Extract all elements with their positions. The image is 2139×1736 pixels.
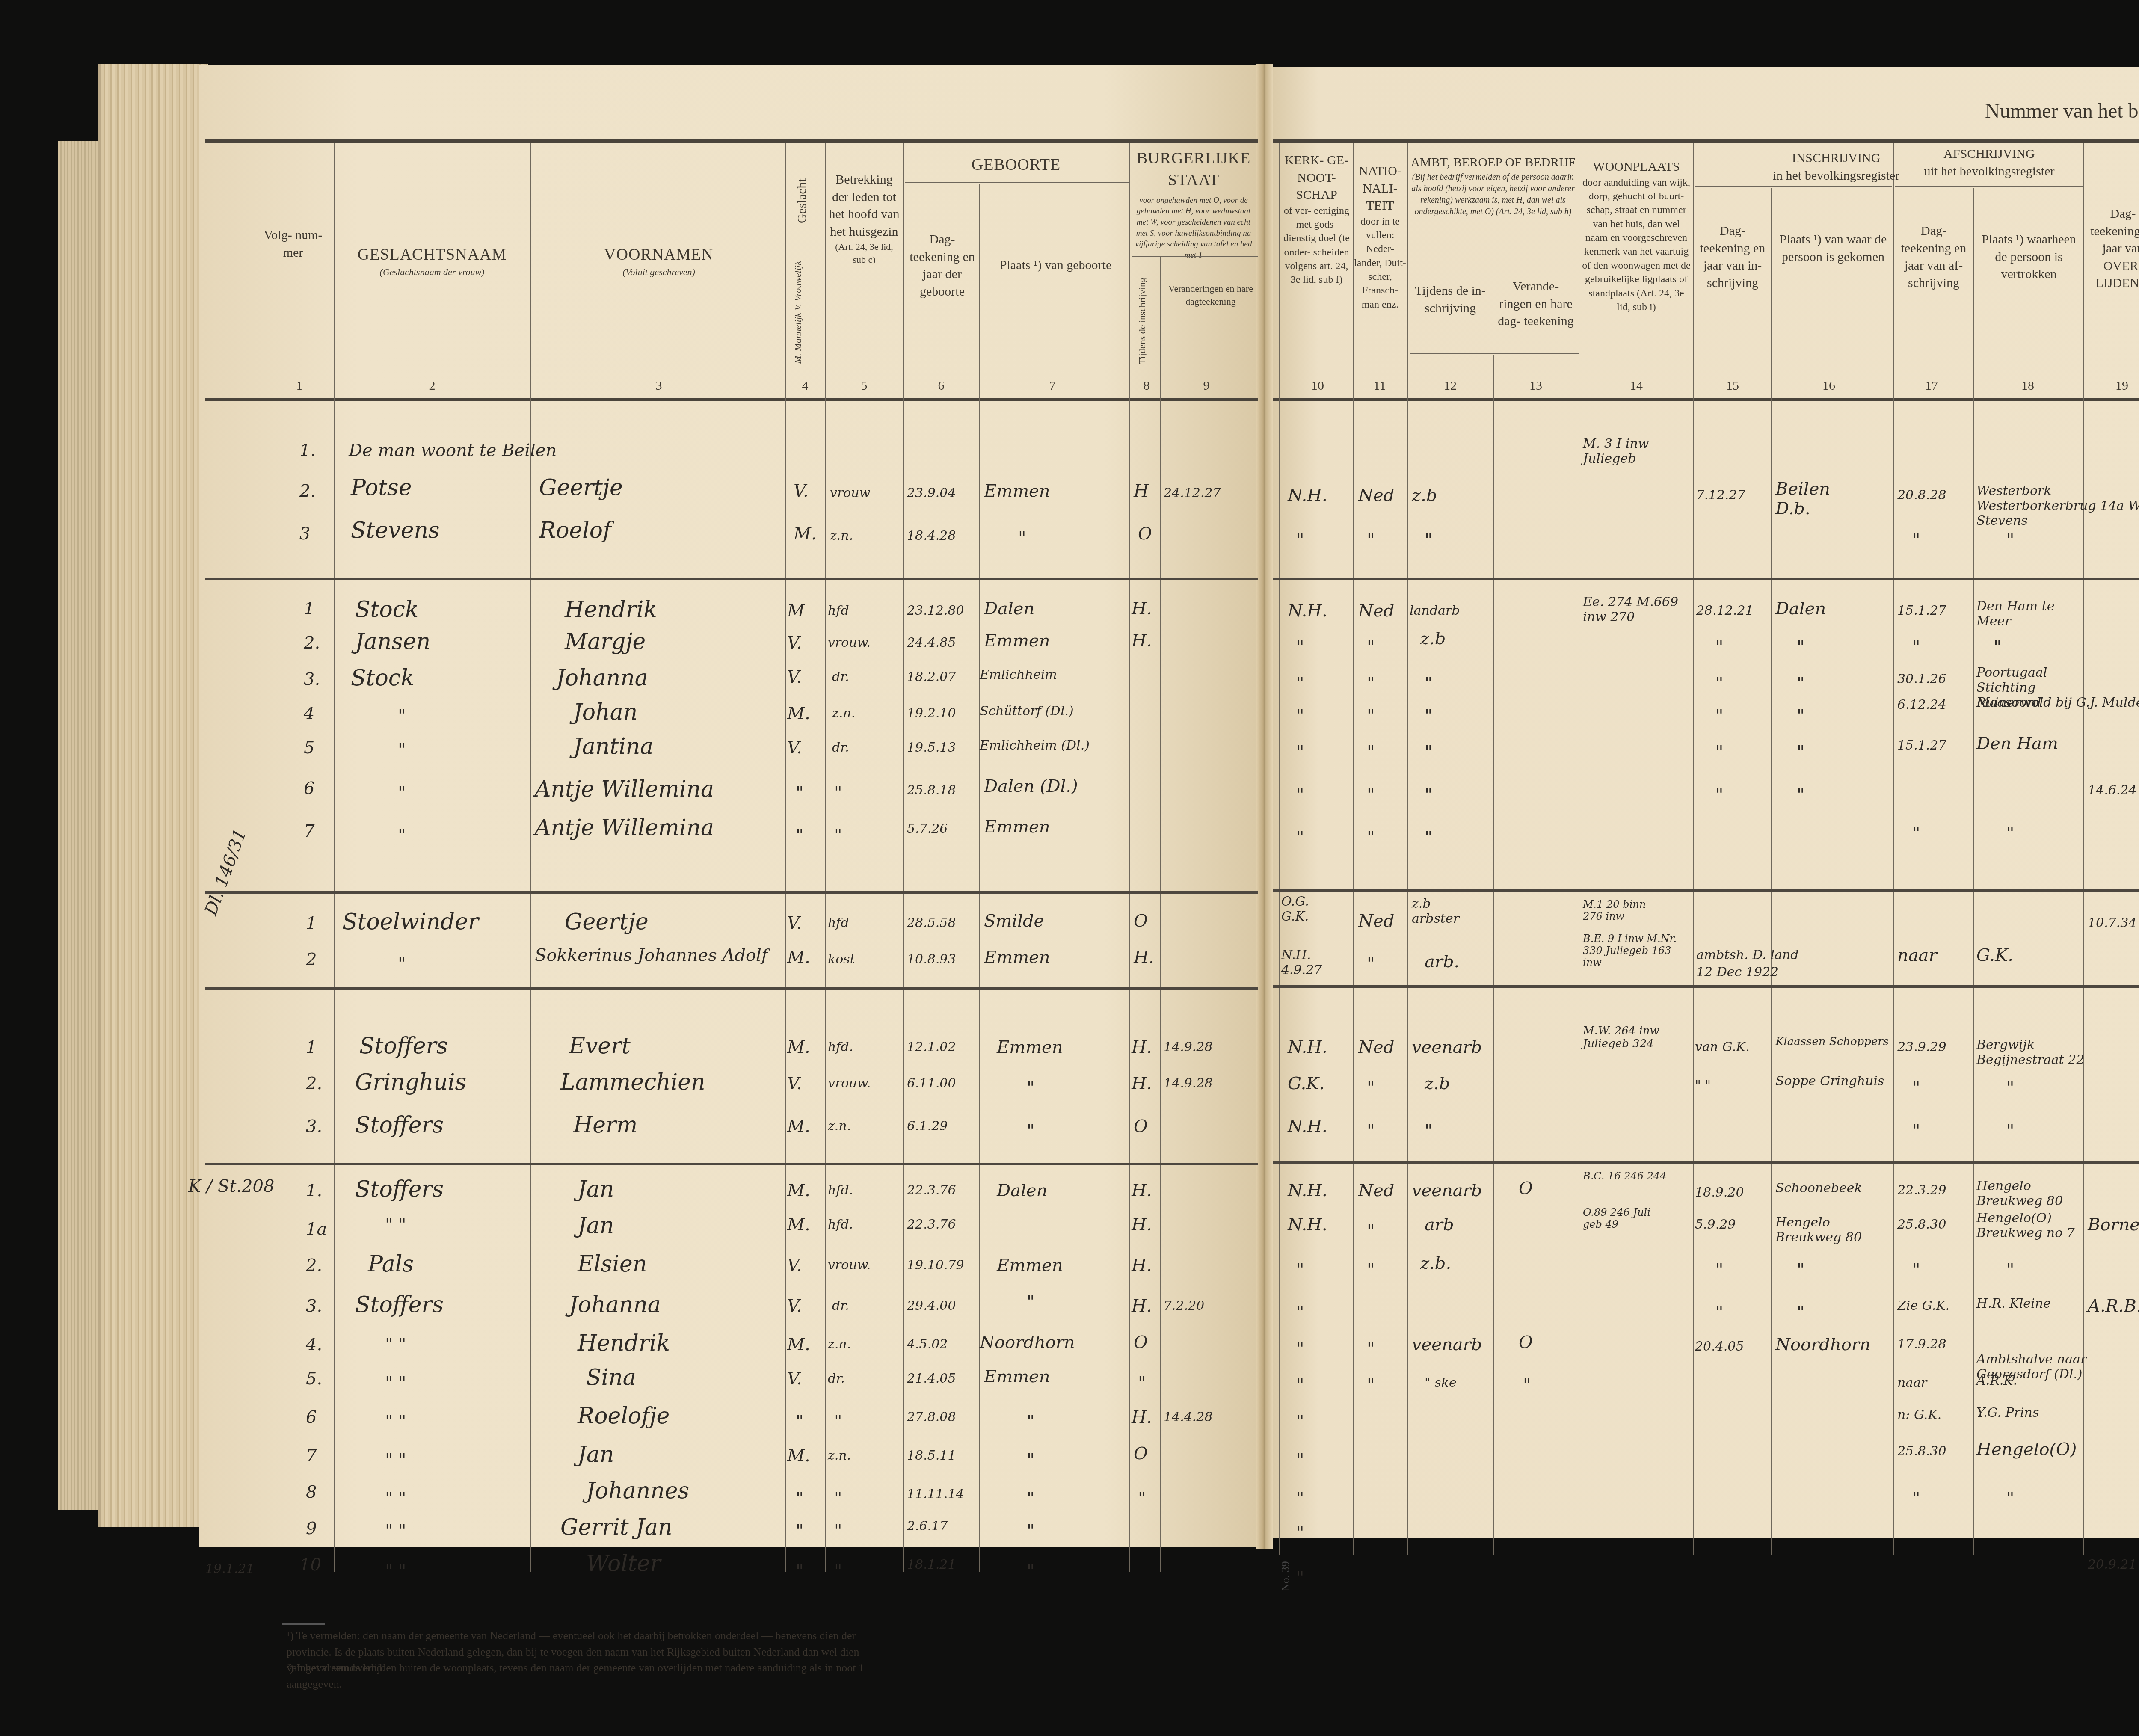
row-nr: 1 (306, 1037, 317, 1057)
surname: " (398, 706, 406, 726)
col-number: 15 (1722, 379, 1743, 393)
registration-date: 28.12.21 (1696, 603, 1754, 618)
address: M. 3 I inw Juliegeb (1583, 436, 1668, 466)
deregistration-to: Y.G. Prins (1976, 1405, 2039, 1420)
nationality: " (1367, 1078, 1375, 1098)
col-number: 2 (424, 379, 441, 393)
church: " (1296, 674, 1304, 693)
birth-place: Noordhorn (980, 1333, 1075, 1352)
left-page (199, 65, 1264, 1547)
group-rule (1695, 186, 1892, 187)
nationality: " (1367, 674, 1375, 693)
row-nr: 5 (304, 738, 314, 758)
relation: z.n. (832, 706, 855, 721)
row-nr: 4. (306, 1335, 322, 1354)
surname: " (398, 740, 406, 760)
sex: " (796, 1561, 803, 1581)
registration-from: " (1797, 742, 1804, 762)
sheet-code: No. 39 (1279, 1561, 1292, 1591)
nationality: Ned (1358, 1181, 1394, 1200)
birth-place: Dalen (Dl.) (984, 776, 1078, 796)
first-names: Johanna (569, 1292, 661, 1318)
address: B.C. 16 246 244 (1583, 1170, 1677, 1182)
deregistration-date: 23.9.29 (1897, 1040, 1946, 1055)
col18-header: Plaats ¹) waarheen de persoon is vertrok… (1976, 231, 2081, 283)
first-names: Gerrit Jan (560, 1514, 672, 1540)
deregistration-date: 17.9.28 (1897, 1337, 1946, 1352)
church: " (1296, 785, 1304, 805)
col-divider (825, 143, 826, 1572)
deregistration-to: " (1994, 637, 2001, 657)
deregistration-date: 25.8.30 (1897, 1217, 1946, 1232)
row-nr: 8 (306, 1482, 317, 1502)
civil-status: O (1134, 1333, 1148, 1352)
civil-change: 24.12.27 (1164, 486, 1221, 501)
header-top-rule-right (1273, 139, 2139, 143)
occupation: arb. (1425, 952, 1459, 972)
birth-date: 23.9.04 (907, 486, 956, 501)
first-names: Jan (578, 1442, 614, 1467)
nationality: " (1367, 954, 1375, 974)
household-separator (205, 1163, 1258, 1165)
col-number: 10 (1307, 379, 1328, 393)
registration-date: " (1715, 1303, 1723, 1322)
col-number: 14 (1626, 379, 1647, 393)
first-names: Hendrik (565, 597, 657, 622)
col-number: 5 (856, 379, 873, 393)
surname: Jansen (355, 629, 430, 655)
civil-status: H. (1132, 1215, 1152, 1235)
deregistration-to: H.R. Kleine (1976, 1296, 2051, 1311)
civil-change: 14.4.28 (1164, 1410, 1213, 1425)
col-divider (903, 143, 904, 1572)
col-number: 12 (1440, 379, 1461, 393)
civil-status: H. (1132, 1181, 1152, 1200)
deregistration-date: " (1912, 824, 1920, 843)
col4-subheader: M. Mannelijk V. Vrouwelijk (791, 257, 804, 368)
church: " (1296, 1489, 1304, 1508)
occupation: z.b (1425, 1074, 1450, 1093)
relation: hfd. (828, 1040, 853, 1055)
surname: Stoffers (355, 1292, 444, 1318)
col-number: 4 (797, 379, 814, 393)
group-rule (1132, 256, 1258, 257)
church: N.H. (1288, 486, 1327, 505)
registration-date: 20.4.05 (1695, 1339, 1744, 1354)
birth-date: 2.6.17 (907, 1519, 948, 1534)
nationality: " (1367, 785, 1375, 805)
church: O.G. G.K. (1281, 894, 1333, 924)
col4-header: Geslacht (794, 163, 811, 240)
birth-date: 29.4.00 (907, 1298, 956, 1313)
birth-date: 18.1.21 (907, 1557, 956, 1572)
col-number: 11 (1369, 379, 1390, 393)
relation: dr. (832, 670, 849, 684)
nationality: " (1367, 1375, 1375, 1395)
church: " (1296, 1303, 1304, 1322)
deregistration-date: 6.12.24 (1897, 697, 1946, 712)
occupation: z.b (1412, 486, 1437, 505)
occupation: z.b (1420, 629, 1446, 649)
registration-date: 5.9.29 (1695, 1217, 1736, 1232)
civil-status: H. (1132, 599, 1152, 619)
row-nr: 3 (299, 524, 310, 544)
first-names: Elsien (578, 1251, 647, 1277)
registration-date: van G.K. (1695, 1040, 1750, 1055)
relation: hfd (828, 603, 849, 618)
nationality: Ned (1358, 486, 1394, 505)
civil-status: H. (1132, 1296, 1152, 1316)
occupation: z.b arbster (1412, 896, 1459, 926)
sex: M. (787, 704, 810, 723)
birth-place: Emmen (984, 631, 1050, 651)
church: " (1296, 530, 1304, 550)
deregistration-date: 30.1.26 (1897, 672, 1946, 687)
birth-date: 12.1.02 (907, 1040, 956, 1055)
household-separator (1273, 889, 2139, 892)
relation: " (834, 783, 842, 803)
birth-place: Dalen (984, 599, 1034, 619)
deregistration-date: " (1912, 637, 1920, 657)
surname: Stevens (351, 518, 440, 543)
deregistration-date: " (1912, 1121, 1920, 1141)
margin-date: 19.1.21 (205, 1561, 255, 1576)
registration-from: " (1797, 706, 1804, 726)
death-place: Borne (2088, 1215, 2139, 1235)
occupation: z.b. (1420, 1253, 1451, 1273)
deregistration-date: 20.8.28 (1897, 488, 1946, 503)
col-number: 18 (2017, 379, 2038, 393)
civil-status: O (1134, 1117, 1148, 1136)
burgerlijke-staat-header: BURGERLIJKE STAAT voor ongehuwden met O,… (1132, 148, 1256, 261)
deregistration-to: Westerbork Westerborkerbrug 14a W. Steve… (1976, 483, 2139, 528)
col8-header: Tijdens de inschrijving (1136, 274, 1149, 368)
registration-date: 18.9.20 (1695, 1185, 1744, 1200)
sex: V. (787, 667, 802, 687)
household-separator (1273, 985, 2139, 988)
surname: " (398, 826, 406, 845)
civil-status: " (1138, 1489, 1146, 1508)
household-separator (1273, 1161, 2139, 1164)
church: " (1296, 1523, 1304, 1543)
row-nr: 1a (306, 1219, 327, 1239)
first-names: Johannes (586, 1478, 689, 1504)
surname: " " (385, 1215, 406, 1235)
surname: Stoffers (359, 1033, 448, 1059)
birth-date: 23.12.80 (907, 603, 964, 618)
church: N.H. 4.9.27 (1281, 948, 1341, 978)
col-number: 8 (1138, 379, 1155, 393)
row-nr: 7 (304, 821, 314, 841)
nationality: Ned (1358, 911, 1394, 931)
surname: " " (385, 1373, 406, 1393)
col7-header: Plaats ¹) van geboorte (984, 257, 1127, 274)
first-names: Jan (578, 1176, 614, 1202)
nationality: Ned (1358, 601, 1394, 621)
registration-from: " (1797, 637, 1804, 657)
col-divider (1579, 143, 1579, 1555)
deregistration-to: " (2006, 1121, 2014, 1141)
col-divider (1353, 143, 1354, 1555)
registration-from: Hengelo Breukweg 80 (1775, 1215, 1887, 1245)
occupation: " (1425, 742, 1432, 762)
occupation: landarb (1410, 603, 1460, 618)
birth-place: Emmen (984, 481, 1050, 501)
header-bottom-rule (205, 398, 1258, 401)
nationality: " (1367, 742, 1375, 762)
church: N.H. (1288, 1215, 1327, 1235)
deregistration-date: 15.1.27 (1897, 603, 1946, 618)
sex: V. (787, 633, 802, 653)
first-names: Margje (565, 629, 646, 655)
relation: dr. (832, 740, 849, 755)
first-names: Lammechien (560, 1069, 705, 1095)
birth-date: 28.5.58 (907, 915, 956, 930)
sex: V. (787, 1256, 802, 1275)
registration-from: " (1797, 1303, 1804, 1322)
row-nr: 3. (306, 1296, 322, 1316)
occupation: arb (1425, 1215, 1454, 1235)
row-nr: 6 (306, 1407, 317, 1427)
deregistration-date: Zie G.K. (1897, 1298, 1949, 1313)
first-names: Roelofje (578, 1403, 670, 1429)
relation: dr. (828, 1371, 845, 1386)
row-nr: 10 (299, 1555, 321, 1575)
row-nr: 1 (306, 913, 317, 933)
registration-date: " (1715, 637, 1723, 657)
birth-place: " (1027, 1078, 1034, 1098)
margin-note: K / St.208 (188, 1176, 274, 1196)
first-names: Antje Willemina (535, 815, 714, 841)
address: O.89 246 Juli geb 49 (1583, 1206, 1668, 1230)
row-nr: 6 (304, 779, 314, 798)
surname: " " (385, 1412, 406, 1431)
registration-date: " (1715, 674, 1723, 693)
row-nr: 1. (299, 441, 316, 460)
birth-place: " (1027, 1489, 1034, 1508)
sex: M. (787, 1446, 810, 1466)
sex: M (787, 601, 805, 621)
death-date: 14.6.24 (2088, 783, 2137, 798)
church: G.K. (1288, 1074, 1324, 1093)
birth-place: " (1027, 1292, 1034, 1312)
nationality: " (1367, 1260, 1375, 1280)
first-names: Jantina (573, 734, 653, 759)
relation: hfd (828, 915, 849, 930)
deregistration-to: Hengelo(O) Breukweg no 7 (1976, 1211, 2079, 1241)
deregistration-to: Den Ham te Meer (1976, 599, 2071, 629)
sex: V. (787, 1074, 802, 1093)
col14-header: WOONPLAATSdoor aanduiding van wijk, dorp… (1581, 158, 1692, 314)
ambt-group-header: AMBT, BEROEP OF BEDRIJF (Bij het bedrijf… (1410, 154, 1576, 218)
civil-status: H. (1132, 1407, 1152, 1427)
birth-place: Smilde (984, 911, 1044, 931)
civil-change: 7.2.20 (1164, 1298, 1204, 1313)
col-number: 7 (1044, 379, 1061, 393)
birth-date: 22.3.76 (907, 1183, 956, 1198)
nationality: " (1367, 530, 1375, 550)
col-divider (1160, 257, 1161, 1572)
civil-status: " (1138, 1373, 1146, 1393)
deregistration-to: " (2006, 530, 2014, 550)
registration-date: " (1715, 742, 1723, 762)
deregistration-date: " (1912, 1078, 1920, 1098)
row-nr: 3. (304, 670, 320, 689)
surname: Potse (351, 475, 412, 501)
church: " (1296, 1375, 1304, 1395)
civil-status: O (1134, 1444, 1148, 1463)
relation: vrouw. (828, 1258, 871, 1273)
civil-status: H. (1132, 1074, 1152, 1093)
civil-change: 14.9.28 (1164, 1040, 1213, 1055)
birth-date: 22.3.76 (907, 1217, 956, 1232)
surname: " " (385, 1489, 406, 1508)
book-page-stack-back (58, 141, 101, 1510)
geboorte-group-header: GEBOORTE (905, 154, 1127, 176)
sex: M. (787, 1335, 810, 1354)
occupation: veenarb (1412, 1181, 1482, 1200)
first-names: Antje Willemina (535, 776, 714, 802)
birth-place: Emmen (984, 1367, 1050, 1386)
sex: V. (794, 481, 809, 501)
registration-date: " (1715, 785, 1723, 805)
row-nr: 9 (306, 1519, 317, 1538)
birth-date: 5.7.26 (907, 821, 948, 836)
birth-date: 4.5.02 (907, 1337, 948, 1352)
col19-header: Dag- teekening en jaar van OVER- LIJDEN … (2086, 205, 2139, 292)
church: " (1296, 1339, 1304, 1359)
first-names: Roelof (539, 518, 611, 543)
sex: M. (787, 1215, 810, 1235)
col11-header: NATIO- NALI- TEITdoor in te vullen: Nede… (1354, 163, 1406, 311)
household-separator (1273, 578, 2139, 580)
relation: " (834, 1412, 842, 1431)
deregistration-to: A.R.K. (1976, 1373, 2017, 1388)
sex: V. (787, 1369, 802, 1389)
row-nr: 2. (304, 633, 320, 653)
household-separator (205, 578, 1258, 580)
birth-date: 10.8.93 (907, 952, 956, 967)
relation: z.n. (828, 1448, 851, 1463)
birth-date: 27.8.08 (907, 1410, 956, 1425)
book-gutter (1256, 64, 1273, 1549)
deregistration-to: Hengelo(O) (1976, 1440, 2077, 1459)
nationality: " (1367, 1121, 1375, 1141)
first-names: Jan (578, 1213, 614, 1238)
birth-place: " (1018, 528, 1026, 548)
deregistration-to: " (2006, 1260, 2014, 1280)
registration-date: " (1715, 706, 1723, 726)
occupation-change: O (1519, 1179, 1533, 1198)
birth-date: 19.2.10 (907, 706, 956, 721)
relation: " (834, 826, 842, 845)
deregistration-to: " (2006, 824, 2014, 843)
birth-date: 25.8.18 (907, 783, 956, 798)
surname: " (398, 783, 406, 803)
occupation: " (1425, 785, 1432, 805)
sex: " (796, 1489, 803, 1508)
church: N.H. (1288, 1037, 1327, 1057)
household-separator (205, 891, 1258, 894)
address: Ee. 274 M.669 inw 270 (1583, 595, 1681, 625)
occupation: " (1425, 828, 1432, 847)
first-names: Geertje (539, 475, 623, 501)
relation: " (834, 1489, 842, 1508)
deregistration-date: 22.3.29 (1897, 1183, 1946, 1198)
birth-place: " (1027, 1561, 1034, 1581)
col-number: 16 (1818, 379, 1840, 393)
col-divider (1693, 143, 1694, 1555)
birth-place: " (1027, 1521, 1034, 1540)
col1-header: Volg- num- mer (257, 227, 329, 261)
registration-from: " (1797, 785, 1804, 805)
deregistration-date: naar (1897, 945, 1937, 965)
group-rule (1895, 186, 2083, 187)
relation: vrouw. (828, 635, 871, 650)
col3-header: VOORNAMEN(Voluit geschreven) (535, 244, 783, 278)
first-names: Sina (586, 1365, 636, 1390)
sex: M. (787, 1117, 810, 1136)
sex: V. (787, 738, 802, 758)
col-divider (1893, 143, 1894, 1555)
address: M.W. 264 inw Juliegeb 324 (1583, 1025, 1677, 1050)
birth-place: Schüttorf (Dl.) (980, 704, 1074, 719)
first-names: Wolter (586, 1551, 661, 1576)
deregistration-to: G.K. (1976, 945, 2013, 965)
surname: Stoffers (355, 1176, 444, 1202)
col-number: 13 (1525, 379, 1546, 393)
col-divider (1279, 143, 1280, 1555)
col-divider (334, 143, 335, 1572)
occupation: " ske (1425, 1375, 1457, 1390)
death-date: 10.7.34 (2088, 915, 2137, 930)
sex: M. (787, 1037, 810, 1057)
address: M.1 20 binn 276 inw (1583, 898, 1660, 922)
church: " (1296, 1412, 1304, 1431)
occupation: " (1425, 674, 1432, 693)
col5-header: Betrekking der leden tot het hoofd van h… (828, 171, 901, 266)
relation: dr. (832, 1298, 849, 1313)
col-number: 9 (1198, 379, 1215, 393)
church: " (1296, 1260, 1304, 1280)
civil-status: O (1138, 524, 1152, 544)
relation: vrouw. (828, 1076, 871, 1091)
sex: V. (787, 1296, 802, 1316)
occupation-change: " (1523, 1375, 1531, 1395)
deregistration-date: 15.1.27 (1897, 738, 1946, 753)
col-number: 17 (1921, 379, 1942, 393)
col-divider (1129, 143, 1130, 1572)
relation: kost (828, 952, 855, 967)
row-nr: 1. (306, 1181, 322, 1200)
first-names: Geertje (565, 909, 649, 935)
civil-status: O (1134, 911, 1148, 931)
birth-place: " (1027, 1450, 1034, 1470)
row-nr: 1 (304, 599, 314, 619)
birth-place: Dalen (997, 1181, 1047, 1200)
surname: " " (385, 1521, 406, 1540)
registration-from: Klaassen Schoppers (1775, 1035, 1891, 1048)
birth-date: 24.4.85 (907, 635, 956, 650)
nationality: " (1367, 1339, 1375, 1359)
registration-from: Soppe Gringhuis (1775, 1074, 1884, 1089)
relation: hfd. (828, 1217, 853, 1232)
row-nr: 2. (306, 1074, 322, 1093)
birth-place: " (1027, 1121, 1034, 1141)
col9-header: Veranderingen en hare dagteekening (1164, 282, 1258, 308)
col16-header: Plaats ¹) van waar de persoon is gekomen (1775, 231, 1891, 266)
deregistration-to: " (2006, 1078, 2014, 1098)
